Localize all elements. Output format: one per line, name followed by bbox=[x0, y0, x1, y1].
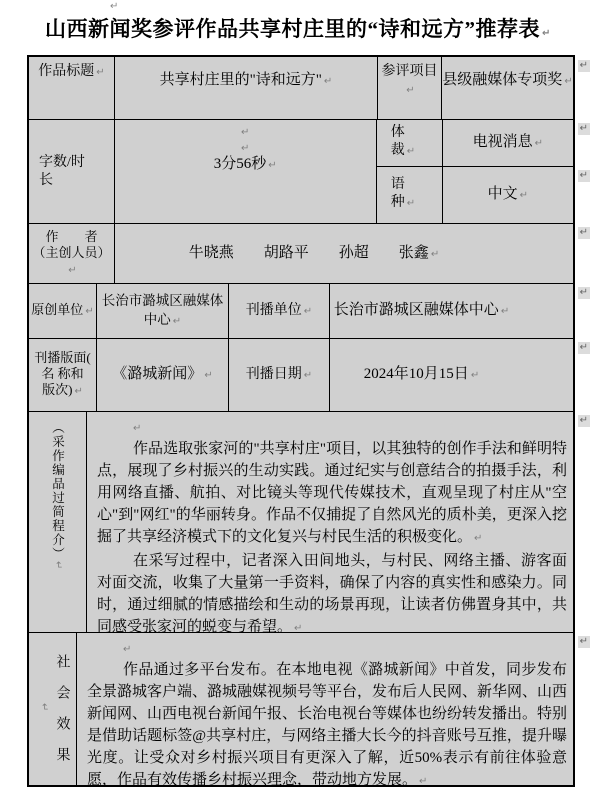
document-page: 山西新闻奖参评作品共享村庄里的“诗和远方”推荐表 作品标题 共享村庄里的"诗和远… bbox=[0, 0, 596, 795]
form-title: 山西新闻奖参评作品共享村庄里的“诗和远方”推荐表 bbox=[0, 13, 596, 43]
work-summary-paragraph-1: 作品选取张家河的"共享村庄"项目，以其独特的创作手法和鲜明特点，展现了乡村振兴的… bbox=[97, 438, 567, 550]
form-title-text: 山西新闻奖参评作品共享村庄里的“诗和远方”推荐表 bbox=[45, 17, 551, 41]
cell-label-language: 语 种 bbox=[377, 167, 443, 223]
cell-value-publish-unit: 长治市潞城区融媒体中心 bbox=[330, 284, 573, 338]
pilcrow-mark bbox=[241, 139, 249, 155]
cell-label-publish-unit: 刊播单位 bbox=[229, 284, 330, 338]
label-publish-date: 刊播日期 bbox=[246, 366, 312, 385]
pilcrow-mark bbox=[87, 637, 567, 659]
cell-label-social-effect: 社会效果 bbox=[29, 633, 77, 785]
cell-value-publish-date: 2024年10月15日 bbox=[330, 339, 573, 411]
label-work-title: 作品标题 bbox=[38, 63, 104, 82]
cell-label-original-unit: 原创单位 bbox=[29, 284, 97, 338]
cell-value-genre: 电视消息 bbox=[443, 120, 573, 166]
table-row-work-summary: （采作编品过简程介） 作品选取张家河的"共享村庄"项目，以其独特的创作手法和鲜明… bbox=[29, 412, 573, 633]
label-publish-page: 刊播版面( 名 称和 版次) bbox=[34, 350, 90, 400]
work-summary-paragraph-2: 在采写过程中，记者深入田间地头，与村民、网络主播、游客面对面交流，收集了大量第一… bbox=[97, 550, 567, 632]
cell-label-work-title: 作品标题 bbox=[29, 57, 115, 119]
cell-value-duration: 3分56秒 bbox=[115, 120, 377, 223]
value-language: 中文 bbox=[488, 185, 528, 205]
label-entry-category: 参评项目 bbox=[378, 63, 441, 100]
value-entry-category: 县级融媒体专项奖 bbox=[442, 71, 572, 91]
pilcrow-mark bbox=[110, 1, 118, 12]
pilcrow-mark bbox=[241, 123, 249, 139]
cell-value-publish-page: 《潞城新闻》 bbox=[97, 339, 229, 411]
table-row-authors: 作 者 （主创人员） 牛晓燕 胡路平 孙超 张鑫 bbox=[29, 224, 573, 284]
cell-label-work-summary: （采作编品过简程介） bbox=[29, 412, 87, 632]
cell-label-entry-category: 参评项目 bbox=[378, 57, 442, 119]
value-authors: 牛晓燕 胡路平 孙超 张鑫 bbox=[189, 244, 439, 264]
cell-label-publish-page: 刊播版面( 名 称和 版次) bbox=[29, 339, 97, 411]
table-row-original-unit: 原创单位 长治市潞城区融媒体中心 刊播单位 长治市潞城区融媒体中心 bbox=[29, 284, 573, 339]
table-row-duration: 字数/时 长 3分56秒 体 裁 电视消息 语 种 bbox=[29, 120, 573, 224]
cell-label-duration: 字数/时 长 bbox=[29, 120, 115, 223]
value-publish-unit: 长治市潞城区融媒体中心 bbox=[334, 301, 509, 321]
value-work-title: 共享村庄里的"诗和远方" bbox=[160, 71, 333, 91]
genre-language-subtable: 体 裁 电视消息 语 种 中文 bbox=[377, 120, 573, 223]
value-original-unit: 长治市潞城区融媒体中心 bbox=[97, 291, 228, 331]
label-genre: 体 裁 bbox=[391, 124, 415, 161]
cell-value-original-unit: 长治市潞城区融媒体中心 bbox=[97, 284, 229, 338]
cell-value-language: 中文 bbox=[443, 167, 573, 223]
social-effect-paragraph: 作品通过多平台发布。在本地电视《潞城新闻》中首发，同步发布全景潞城客户端、潞城融… bbox=[87, 659, 567, 785]
cell-value-entry-category: 县级融媒体专项奖 bbox=[442, 57, 573, 119]
cell-work-summary-text: 作品选取张家河的"共享村庄"项目，以其独特的创作手法和鲜明特点，展现了乡村振兴的… bbox=[87, 412, 573, 632]
cell-label-authors: 作 者 （主创人员） bbox=[29, 224, 115, 283]
label-language: 语 种 bbox=[391, 176, 415, 213]
value-publish-date: 2024年10月15日 bbox=[364, 365, 479, 385]
label-publish-unit: 刊播单位 bbox=[246, 302, 312, 321]
cell-social-effect-text: 作品通过多平台发布。在本地电视《潞城新闻》中首发，同步发布全景潞城客户端、潞城融… bbox=[77, 633, 573, 785]
table-row-publish-page: 刊播版面( 名 称和 版次) 《潞城新闻》 刊播日期 2024年10月15日 bbox=[29, 339, 573, 412]
label-original-unit: 原创单位 bbox=[31, 302, 93, 320]
label-work-summary-process: （采作编品过简程介） bbox=[49, 412, 67, 571]
pilcrow-mark bbox=[97, 416, 567, 438]
label-duration: 字数/时 长 bbox=[39, 154, 85, 190]
value-duration: 3分56秒 bbox=[214, 155, 277, 175]
recommendation-table: 作品标题 共享村庄里的"诗和远方" 参评项目 县级融媒体专项奖 字数/时 长 3… bbox=[27, 55, 575, 787]
cell-label-genre: 体 裁 bbox=[377, 120, 443, 166]
label-authors: 作 者 （主创人员） bbox=[29, 229, 114, 279]
value-genre: 电视消息 bbox=[473, 133, 543, 153]
label-social-effect: 社会效果 bbox=[35, 633, 71, 785]
table-row-work-title: 作品标题 共享村庄里的"诗和远方" 参评项目 县级融媒体专项奖 bbox=[29, 57, 573, 120]
cell-value-work-title: 共享村庄里的"诗和远方" bbox=[115, 57, 378, 119]
subrow-language: 语 种 中文 bbox=[377, 167, 573, 223]
table-row-social-effect: 社会效果 作品通过多平台发布。在本地电视《潞城新闻》中首发，同步发布全景潞城客户… bbox=[29, 633, 573, 785]
value-publish-page: 《潞城新闻》 bbox=[112, 365, 212, 385]
cell-label-publish-date: 刊播日期 bbox=[229, 339, 330, 411]
cell-value-authors: 牛晓燕 胡路平 孙超 张鑫 bbox=[115, 224, 573, 283]
subrow-genre: 体 裁 电视消息 bbox=[377, 120, 573, 167]
